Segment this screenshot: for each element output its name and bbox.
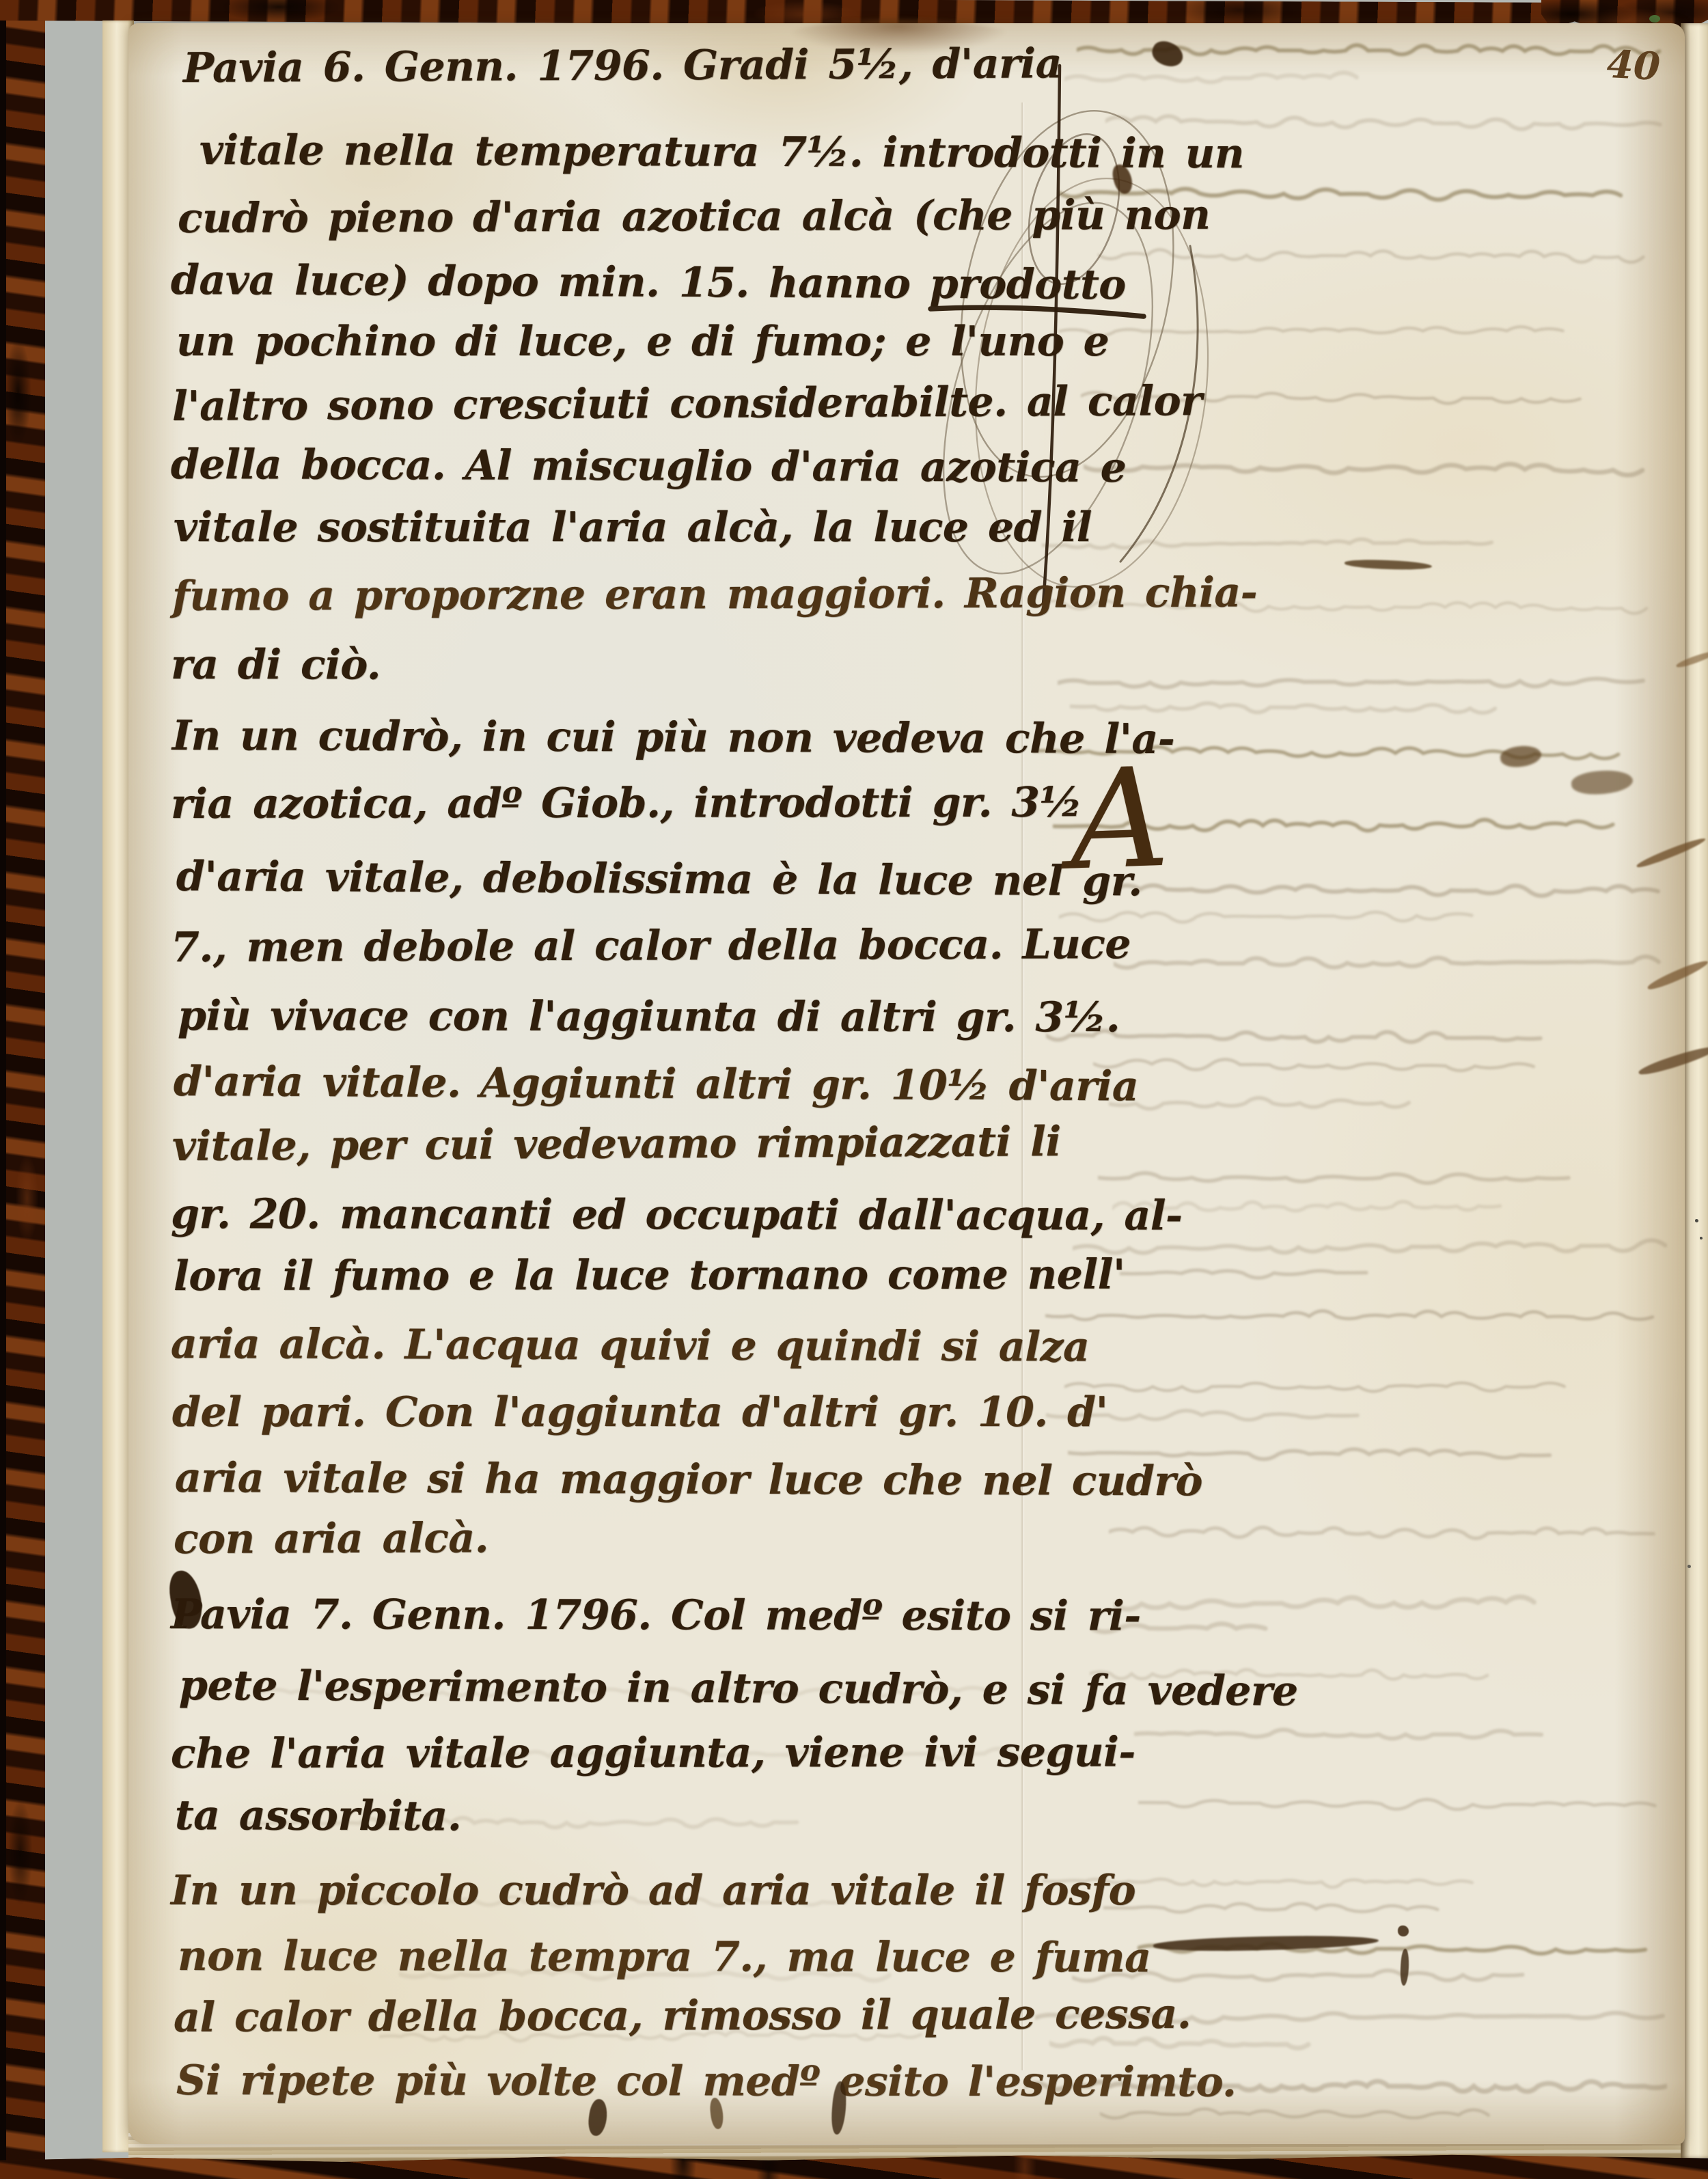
manuscript-line: vitale, per cui vedevamo rimpiazzati li: [172, 1106, 1061, 1182]
bleedthrough-line: [1045, 1304, 1667, 1328]
bleedthrough-line: [1046, 1024, 1560, 1051]
binding-cover-left: [0, 0, 45, 2179]
manuscript-line: d'aria vitale, debolissima è la luce nel…: [176, 841, 1142, 917]
bleedthrough-line: [1059, 320, 1588, 344]
ink-smudge: [1398, 1926, 1409, 1936]
bleedthrough-line: [1058, 669, 1667, 695]
ink-smudge: [1700, 1237, 1703, 1239]
manuscript-line: 7., men debole al calor della bocca. Luc…: [171, 909, 1131, 983]
manuscript-line: più vivace con l'aggiunta di altri gr. 3…: [178, 981, 1120, 1053]
manuscript-line: che l'aria vitale aggiunta, viene ivi se…: [171, 1717, 1135, 1790]
manuscript-line: al calor della bocca, rimosso il quale c…: [174, 1979, 1192, 2053]
ink-smudge: [1688, 1565, 1691, 1568]
ink-smudge: [1695, 1219, 1698, 1222]
bleedthrough-line: [1138, 1793, 1667, 1820]
manuscript-line: pete l'esperimento in altro cudrò, e si …: [179, 1650, 1298, 1727]
bleedthrough-line: [1109, 1521, 1666, 1546]
bleedthrough-line: [1084, 455, 1667, 482]
facing-page-edge: [1681, 23, 1708, 2158]
manuscript-line: vitale nella temperatura 7½. introdotti …: [199, 115, 1244, 189]
cover-speck: [1649, 15, 1660, 23]
manuscript-line: Pavia 7. Genn. 1796. Col medº esito si r…: [171, 1579, 1141, 1652]
bleedthrough-line: [1114, 1591, 1542, 1616]
manuscript-line: fumo a proporzne eran maggiori. Ragion c…: [172, 557, 1257, 632]
notebook-scan: Pavia 6. Genn. 1796. Gradi 5½, d'ariavit…: [0, 0, 1708, 2179]
manuscript-line: vitale sostituita l'aria alcà, la luce e…: [174, 492, 1092, 563]
bleedthrough-line: [1114, 877, 1667, 903]
page-number: 40: [1606, 44, 1661, 87]
bleedthrough-line: [1109, 1092, 1427, 1116]
manuscript-line: del pari. Con l'aggiunta d'altri gr. 10.…: [172, 1377, 1108, 1448]
marginalia-letter-a: A: [1068, 750, 1171, 890]
manuscript-line: lora il fumo e la luce tornano come nell…: [174, 1239, 1125, 1312]
bleedthrough-line: [1064, 1377, 1567, 1400]
manuscript-line: Pavia 6. Genn. 1796. Gradi 5½, d'aria: [183, 28, 1062, 104]
bleedthrough-line: [1114, 953, 1668, 978]
manuscript-line: In un piccolo cudrò ad aria vitale il fo…: [171, 1855, 1135, 1926]
bleedthrough-line: [1103, 1897, 1442, 1922]
bleedthrough-line: [1042, 532, 1497, 558]
manuscript-line: ria azotica, adº Giob., introdotti gr. 3…: [171, 767, 1082, 840]
manuscript-line: Si ripete più volte col medº esito l'esp…: [176, 2045, 1237, 2118]
manuscript-line: In un cudrò, in cui più non vedeva che l…: [172, 700, 1175, 775]
bleedthrough-line: [1120, 1263, 1369, 1287]
manuscript-line: aria alcà. L'acqua quivi e quindi si alz…: [171, 1308, 1090, 1383]
bleedthrough-line: [1064, 66, 1371, 91]
manuscript-line: ra di ciò.: [171, 629, 381, 701]
manuscript-line: con aria alcà.: [174, 1503, 488, 1575]
manuscript-line: cudrò pieno d'aria azotica alcà (che più…: [178, 180, 1211, 254]
manuscript-line: ta assorbita.: [175, 1780, 462, 1852]
bleedthrough-line: [1093, 1052, 1554, 1078]
